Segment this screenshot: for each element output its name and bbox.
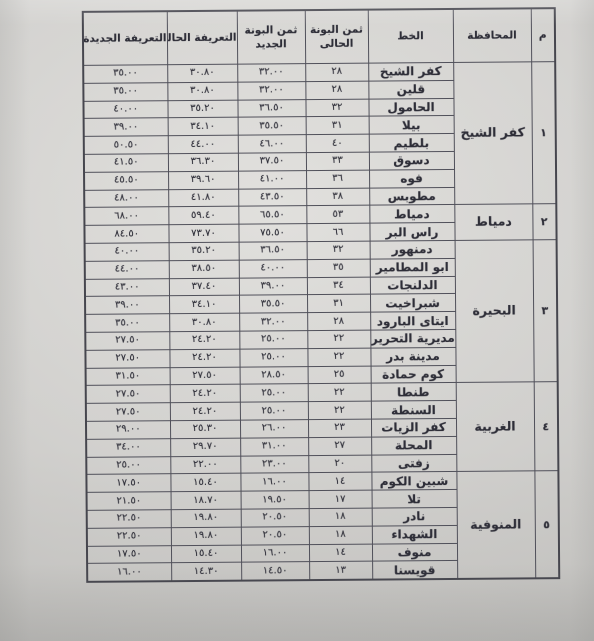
bono-new-cell: ٢٦.٠٠ (240, 420, 308, 438)
bono-current-cell: ٦٦ (306, 223, 369, 241)
line-cell: بلطيم (369, 134, 454, 152)
line-cell: مديرية التحرير (370, 329, 455, 347)
tariff-new-cell: ١٧.٥٠ (87, 545, 171, 563)
tariff-current-cell: ٣٥.٢٠ (169, 242, 239, 260)
tariff-current-cell: ٧٣.٧٠ (168, 224, 238, 242)
line-cell: دسوق (369, 151, 454, 169)
tariff-current-cell: ١٩.٨٠ (171, 527, 241, 545)
bono-current-cell: ١٤ (309, 544, 372, 562)
col-header-governorate: المحافظة (453, 8, 531, 62)
bono-current-cell: ١٨ (309, 526, 372, 544)
line-cell: المحلة (371, 436, 456, 454)
bono-current-cell: ٣٦ (306, 170, 369, 188)
tariff-current-cell: ٣٦.٣٠ (168, 153, 238, 171)
bono-new-cell: ٢٥.٠٠ (240, 402, 308, 420)
bono-new-cell: ٢٥.٠٠ (240, 384, 308, 402)
bono-new-cell: ١٦.٠٠ (240, 473, 308, 491)
bono-new-cell: ٣٢.٠٠ (239, 313, 307, 331)
bono-current-cell: ٢٣ (308, 419, 371, 437)
tariff-current-cell: ٤١.٨٠ (168, 189, 238, 207)
tariff-new-cell: ١٦.٠٠ (87, 563, 171, 582)
tariff-current-cell: ١٥.٤٠ (170, 473, 240, 491)
tariff-current-cell: ١٩.٨٠ (171, 509, 241, 527)
tariff-current-cell: ٣٤.١٠ (169, 296, 239, 314)
line-cell: الحامول (368, 98, 453, 116)
bono-new-cell: ٢٠.٥٠ (241, 526, 309, 544)
col-header-bono-new-line1: ثمن البونة (244, 24, 297, 36)
tariff-current-cell: ٣٠.٨٠ (167, 64, 237, 82)
col-header-bono-new: ثمن البونةالجديد (237, 10, 305, 64)
governorate-cell: دمياط (454, 204, 532, 240)
bono-new-cell: ٣٧.٥٠ (238, 153, 306, 171)
bono-new-cell: ١٤.٥٠ (241, 562, 309, 581)
line-cell: كوم حمادة (371, 365, 456, 383)
tariff-new-cell: ١٧.٥٠ (86, 474, 170, 492)
line-cell: طنطا (371, 383, 456, 401)
tariff-new-cell: ٤١.٥٠ (84, 154, 168, 172)
tariff-current-cell: ١٥.٤٠ (171, 545, 241, 563)
line-cell: شبراخيت (370, 294, 455, 312)
bono-current-cell: ٢٨ (305, 63, 368, 81)
table-body: ١كفر الشيخكفر الشيخ٢٨٣٢.٠٠٣٠.٨٠٣٥.٠٠قلين… (83, 62, 559, 582)
bono-new-cell: ٤٦.٠٠ (238, 135, 306, 153)
line-cell: تلا (372, 490, 457, 508)
bono-new-cell: ٣٢.٠٠ (237, 81, 305, 99)
table-row: ٤الغربيةطنطا٢٢٢٥.٠٠٢٤.٢٠٢٧.٥٠ (86, 382, 558, 404)
tariff-current-cell: ١٨.٧٠ (171, 491, 241, 509)
line-cell: الشهداء (372, 525, 457, 543)
tariff-current-cell: ٥٩.٤٠ (168, 207, 238, 225)
tariff-table: م المحافظة الخط ثمن البونةالحالى ثمن الب… (82, 7, 560, 583)
bono-current-cell: ١٧ (309, 490, 372, 508)
line-cell: مطوبس (369, 187, 454, 205)
tariff-current-cell: ٢٤.٢٠ (169, 349, 239, 367)
bono-current-cell: ٣١ (307, 294, 370, 312)
bono-current-cell: ٣٢ (307, 241, 370, 259)
bono-new-cell: ٣٦.٥٠ (239, 242, 307, 260)
tariff-table-container: م المحافظة الخط ثمن البونةالحالى ثمن الب… (82, 7, 560, 583)
tariff-new-cell: ٢٧.٥٠ (85, 349, 169, 367)
line-cell: السنطة (371, 401, 456, 419)
col-header-bono-current-line2: الحالى (320, 38, 354, 50)
row-index-cell: ٢ (532, 204, 556, 240)
col-header-tariff-new: التعريفة الجديدة (83, 11, 167, 65)
bono-new-cell: ٢٠.٥٠ (241, 509, 309, 527)
tariff-new-cell: ٢٢.٥٠ (87, 527, 171, 545)
bono-new-cell: ٣٥.٥٠ (238, 117, 306, 135)
row-index-cell: ٤ (534, 382, 559, 471)
line-cell: مدينة بدر (370, 347, 455, 365)
bono-current-cell: ٢٧ (308, 437, 371, 455)
bono-new-cell: ٢٥.٠٠ (239, 348, 307, 366)
col-header-tariff-current: التعريفة الحالية (167, 11, 237, 65)
bono-current-cell: ١٤ (308, 472, 371, 490)
tariff-new-cell: ٤٥.٥٠ (84, 171, 168, 189)
tariff-new-cell: ٨٤.٥٠ (84, 225, 168, 243)
line-cell: كفر الزيات (371, 418, 456, 436)
bono-current-cell: ٣٤ (307, 277, 370, 295)
bono-new-cell: ٣٩.٠٠ (239, 277, 307, 295)
bono-new-cell: ١٩.٥٠ (241, 491, 309, 509)
tariff-current-cell: ٣٩.٦٠ (168, 171, 238, 189)
tariff-current-cell: ٢٩.٧٠ (170, 438, 240, 456)
tariff-current-cell: ٣٠.٨٠ (169, 313, 239, 331)
tariff-new-cell: ٢٧.٥٠ (85, 332, 169, 350)
col-header-index: م (531, 8, 555, 62)
row-index-cell: ٥ (534, 471, 559, 578)
tariff-new-cell: ٥٠.٥٠ (84, 136, 168, 154)
line-cell: بيلا (369, 116, 454, 134)
tariff-new-cell: ٤٨.٠٠ (84, 189, 168, 207)
governorate-cell: المنوفية (456, 471, 535, 579)
line-cell: كفر الشيخ (368, 62, 453, 80)
bono-current-cell: ٤٠ (306, 134, 369, 152)
bono-new-cell: ١٦.٠٠ (241, 544, 309, 562)
bono-new-cell: ٣٢.٠٠ (237, 64, 305, 82)
bono-current-cell: ٢٥ (308, 366, 371, 384)
line-cell: قلين (368, 80, 453, 98)
tariff-current-cell: ٤٤.٠٠ (168, 135, 238, 153)
line-cell: دمنهور (370, 240, 455, 258)
bono-current-cell: ١٨ (309, 508, 372, 526)
tariff-current-cell: ٢٤.٢٠ (170, 384, 240, 402)
line-cell: فوه (369, 169, 454, 187)
tariff-new-cell: ٣٩.٠٠ (85, 296, 169, 314)
bono-new-cell: ٧٥.٥٠ (238, 224, 306, 242)
tariff-current-cell: ٢٧.٥٠ (170, 367, 240, 385)
tariff-current-cell: ٣٧.٤٠ (169, 278, 239, 296)
tariff-current-cell: ١٤.٣٠ (171, 562, 241, 581)
row-index-cell: ٣ (533, 240, 558, 383)
governorate-cell: البحيرة (455, 240, 534, 383)
tariff-current-cell: ٣٤.١٠ (168, 118, 238, 136)
header-row: م المحافظة الخط ثمن البونةالحالى ثمن الب… (83, 8, 555, 65)
bono-current-cell: ٣٥ (307, 259, 370, 277)
governorate-cell: كفر الشيخ (453, 62, 532, 205)
bono-current-cell: ٣١ (306, 117, 369, 135)
bono-current-cell: ٢٨ (305, 81, 368, 99)
col-header-line: الخط (368, 9, 453, 63)
bono-current-cell: ٢٢ (307, 348, 370, 366)
line-cell: زفتى (371, 454, 456, 472)
governorate-cell: الغربية (456, 382, 535, 472)
bono-current-cell: ٢٨ (307, 312, 370, 330)
bono-current-cell: ٢٢ (307, 330, 370, 348)
bono-current-cell: ١٣ (309, 561, 372, 580)
bono-new-cell: ٦٥.٥٠ (238, 206, 306, 224)
row-index-cell: ١ (531, 62, 556, 205)
bono-current-cell: ٣٨ (306, 188, 369, 206)
table-row: ٥المنوفيةشبين الكوم١٤١٦.٠٠١٥.٤٠١٧.٥٠ (86, 471, 558, 493)
tariff-new-cell: ٣٥.٠٠ (83, 82, 167, 100)
tariff-current-cell: ٢٤.٢٠ (170, 402, 240, 420)
col-header-bono-current: ثمن البونةالحالى (305, 10, 368, 64)
tariff-new-cell: ٣٥.٠٠ (85, 314, 169, 332)
bono-new-cell: ٢٨.٥٠ (240, 366, 308, 384)
line-cell: دمياط (369, 205, 454, 223)
tariff-new-cell: ٢١.٥٠ (87, 492, 171, 510)
tariff-new-cell: ٣٩.٠٠ (84, 118, 168, 136)
table-row: ٢دمياطدمياط٥٣٦٥.٥٠٥٩.٤٠٦٨.٠٠ (84, 204, 556, 226)
bono-new-cell: ٢٥.٠٠ (239, 331, 307, 349)
bono-current-cell: ٢٢ (308, 401, 371, 419)
tariff-new-cell: ٦٨.٠٠ (84, 207, 168, 225)
tariff-new-cell: ٤٠.٠٠ (85, 243, 169, 261)
scanned-document-photo: م المحافظة الخط ثمن البونةالحالى ثمن الب… (0, 0, 594, 641)
bono-current-cell: ٣٣ (306, 152, 369, 170)
line-cell: منوف (372, 543, 457, 561)
tariff-current-cell: ٢٤.٢٠ (169, 331, 239, 349)
tariff-new-cell: ٣٤.٠٠ (86, 438, 170, 456)
bono-current-cell: ٢٠ (308, 455, 371, 473)
line-cell: راس البر (369, 223, 454, 241)
bono-new-cell: ٢٣.٠٠ (240, 455, 308, 473)
line-cell: شبين الكوم (371, 472, 456, 490)
tariff-current-cell: ٢٢.٠٠ (170, 456, 240, 474)
bono-current-cell: ٢٢ (308, 383, 371, 401)
col-header-bono-current-line1: ثمن البونة (310, 23, 363, 35)
line-cell: قويسنا (372, 561, 457, 580)
bono-new-cell: ٤٣.٥٠ (238, 188, 306, 206)
bono-new-cell: ٤٠.٠٠ (239, 259, 307, 277)
tariff-new-cell: ٢٢.٥٠ (87, 510, 171, 528)
bono-new-cell: ٣١.٠٠ (240, 437, 308, 455)
tariff-new-cell: ٢٧.٥٠ (86, 385, 170, 403)
table-row: ٣البحيرةدمنهور٣٢٣٦.٥٠٣٥.٢٠٤٠.٠٠ (85, 240, 557, 262)
tariff-current-cell: ٣٠.٨٠ (167, 82, 237, 100)
tariff-new-cell: ٤٠.٠٠ (83, 100, 167, 118)
tariff-new-cell: ٣٥.٠٠ (83, 65, 167, 83)
bono-new-cell: ٤١.٠٠ (238, 170, 306, 188)
line-cell: ايتاى البارود (370, 312, 455, 330)
tariff-current-cell: ٣٥.٢٠ (167, 100, 237, 118)
bono-current-cell: ٥٣ (306, 205, 369, 223)
tariff-current-cell: ٢٥.٣٠ (170, 420, 240, 438)
line-cell: ابو المطامير (370, 258, 455, 276)
col-header-bono-new-line2: الجديد (255, 38, 286, 50)
tariff-new-cell: ٤٤.٠٠ (85, 260, 169, 278)
tariff-new-cell: ٢٥.٠٠ (86, 456, 170, 474)
bono-new-cell: ٣٥.٥٠ (239, 295, 307, 313)
table-row: ١كفر الشيخكفر الشيخ٢٨٣٢.٠٠٣٠.٨٠٣٥.٠٠ (83, 62, 555, 84)
tariff-new-cell: ٢٩.٠٠ (86, 421, 170, 439)
tariff-new-cell: ٤٣.٠٠ (85, 278, 169, 296)
tariff-new-cell: ٢٧.٥٠ (86, 403, 170, 421)
tariff-new-cell: ٣١.٥٠ (86, 367, 170, 385)
bono-new-cell: ٣٦.٥٠ (237, 99, 305, 117)
tariff-current-cell: ٣٨.٥٠ (169, 260, 239, 278)
line-cell: نادر (372, 507, 457, 525)
bono-current-cell: ٣٢ (305, 99, 368, 117)
line-cell: الدلنجات (370, 276, 455, 294)
